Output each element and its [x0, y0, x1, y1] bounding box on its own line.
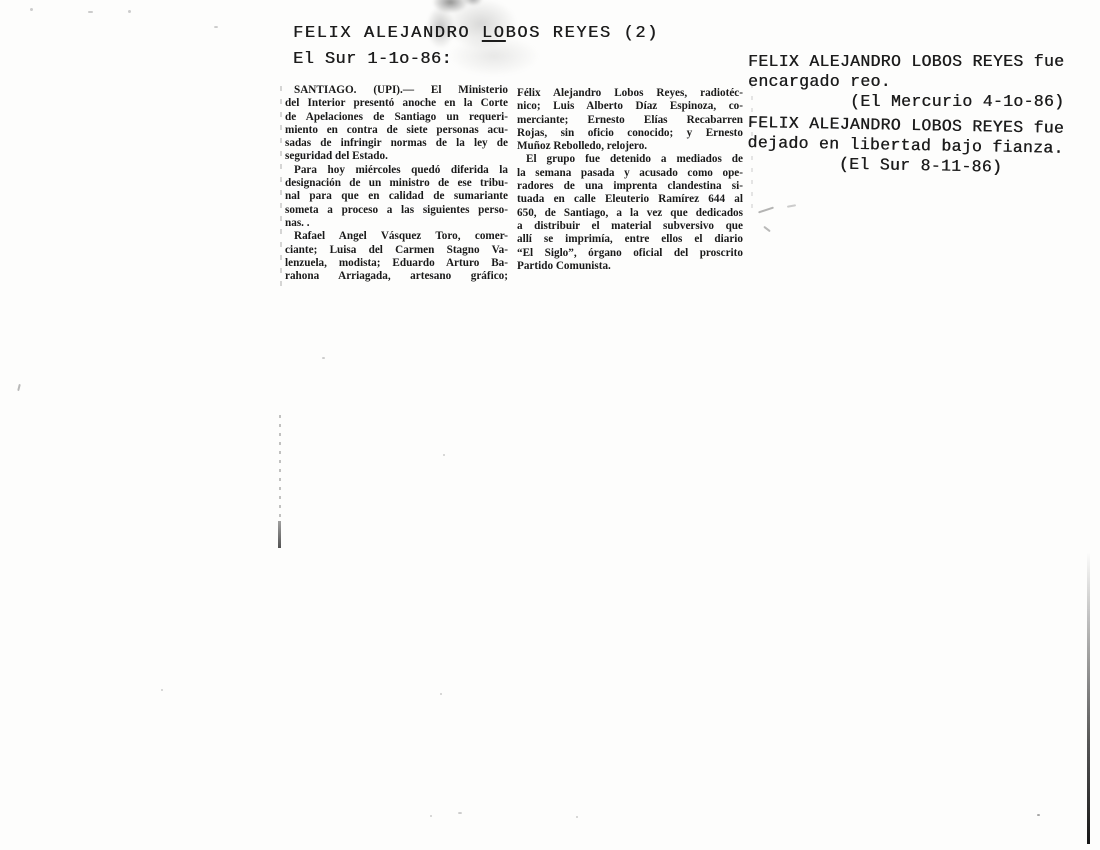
clipping-text-line: merciante; Ernesto Elías Recabarren — [517, 114, 743, 127]
clipping-text-line: someta a proceso a las siguientes perso- — [285, 204, 508, 217]
clipping-column-2: Félix Alejandro Lobos Reyes, radiotéc-ni… — [517, 87, 743, 273]
clipping-text-line: Rafael Angel Vásquez Toro, comer- — [285, 230, 508, 243]
annotation-encargado-reo: FELIX ALEJANDRO LOBOS REYES fueencargado… — [748, 52, 1093, 112]
header-source-citation: El Sur 1-1o-86: — [293, 50, 659, 69]
dust-speck — [458, 812, 462, 814]
clipping-text-line: la semana pasada y acusado como ope- — [517, 167, 743, 180]
pen-mark-artifact — [758, 207, 774, 214]
clipping-text-line: nico; Luis Alberto Díaz Espinoza, co- — [517, 100, 743, 113]
dust-speck — [430, 815, 432, 817]
clipping-text-line: Muñoz Rebolledo, relojero. — [517, 140, 743, 153]
clipping-text-line: designación de un ministro de ese tribu- — [285, 177, 508, 190]
clipping-text-line: a distribuir el material subversivo que — [517, 220, 743, 233]
clipping-text-line: “El Siglo”, órgano oficial del proscrito — [517, 247, 743, 260]
scanned-archive-page: FELIX ALEJANDRO LOBOS REYES (2) El Sur 1… — [0, 0, 1100, 850]
clipping-text-line: radores de una imprenta clandestina si- — [517, 180, 743, 193]
dust-speck — [214, 26, 218, 28]
clipping-text-line: de Apelaciones de Santiago un requeri- — [285, 111, 508, 124]
typed-annotations: FELIX ALEJANDRO LOBOS REYES fueencargado… — [748, 52, 1093, 173]
clipping-text-line: seguridad del Estado. — [285, 150, 508, 163]
page-header: FELIX ALEJANDRO LOBOS REYES (2) El Sur 1… — [293, 24, 659, 69]
clipping-text-line: tuada en calle Eleuterio Ramírez 644 al — [517, 193, 743, 206]
page-title-pre: FELIX ALEJANDRO — [293, 24, 482, 43]
annotation-text-line: FELIX ALEJANDRO LOBOS REYES fue — [748, 52, 1093, 72]
clipping-text-line: Félix Alejandro Lobos Reyes, radiotéc- — [517, 87, 743, 100]
clipping-text-line: Rojas, sin oficio conocido; y Ernesto — [517, 127, 743, 140]
dust-speck — [17, 384, 21, 391]
clipping-column-1: SANTIAGO. (UPI).— El Ministeriodel Inter… — [285, 84, 508, 283]
dust-speck — [576, 816, 578, 818]
annotation-text-line: (El Mercurio 4-1o-86) — [748, 92, 1093, 112]
clipping-text-line: SANTIAGO. (UPI).— El Ministerio — [285, 84, 508, 97]
pen-mark-artifact — [763, 226, 771, 233]
clipping-text-line: nal para que en calidad de sumariante — [285, 190, 508, 203]
clipping-text-line: 650, de Santiago, a la vez que dedicados — [517, 207, 743, 220]
dust-speck — [440, 693, 442, 695]
clipping-text-line: miento en contra de siete personas acu- — [285, 124, 508, 137]
clipping-text-line: del Interior presentó anoche en la Corte — [285, 97, 508, 110]
page-title-post: BOS REYES (2) — [505, 24, 658, 43]
page-title-underlined: LO — [482, 24, 506, 43]
clipping-text-line: lenzuela, modista; Eduardo Arturo Ba- — [285, 257, 508, 270]
dust-speck — [88, 11, 93, 13]
newspaper-clipping: SANTIAGO. (UPI).— El Ministeriodel Inter… — [285, 84, 747, 292]
scan-streak-artifact — [279, 415, 281, 521]
scan-edge-line-artifact — [1087, 552, 1090, 844]
clipping-text-line: allí se imprimía, entre ellos el diario — [517, 233, 743, 246]
clipping-text-line: Para hoy miércoles quedó diferida la — [285, 164, 508, 177]
dust-speck — [1037, 814, 1040, 816]
clipping-text-line: El grupo fue detenido a mediados de — [517, 153, 743, 166]
annotation-libertad-fianza: FELIX ALEJANDRO LOBOS REYES fuedejado en… — [747, 113, 1093, 179]
clipping-text-line: rahona Arriagada, artesano gráfico; — [285, 270, 508, 283]
clipping-text-line: ciante; Luisa del Carmen Stagno Va- — [285, 244, 508, 257]
pen-mark-artifact — [787, 204, 796, 208]
dust-speck — [322, 357, 325, 359]
clipping-text-line: Partido Comunista. — [517, 260, 743, 273]
page-title: FELIX ALEJANDRO LOBOS REYES (2) — [293, 24, 659, 43]
dust-speck — [443, 454, 445, 456]
dust-speck — [128, 10, 131, 13]
clipping-text-line: nas. . — [285, 217, 508, 230]
annotation-text-line: encargado reo. — [748, 72, 1093, 92]
dust-speck — [161, 689, 163, 691]
dust-speck — [30, 8, 33, 11]
scan-streak-artifact — [278, 521, 281, 548]
clipping-text-line: sadas de infringir normas de la ley de — [285, 137, 508, 150]
